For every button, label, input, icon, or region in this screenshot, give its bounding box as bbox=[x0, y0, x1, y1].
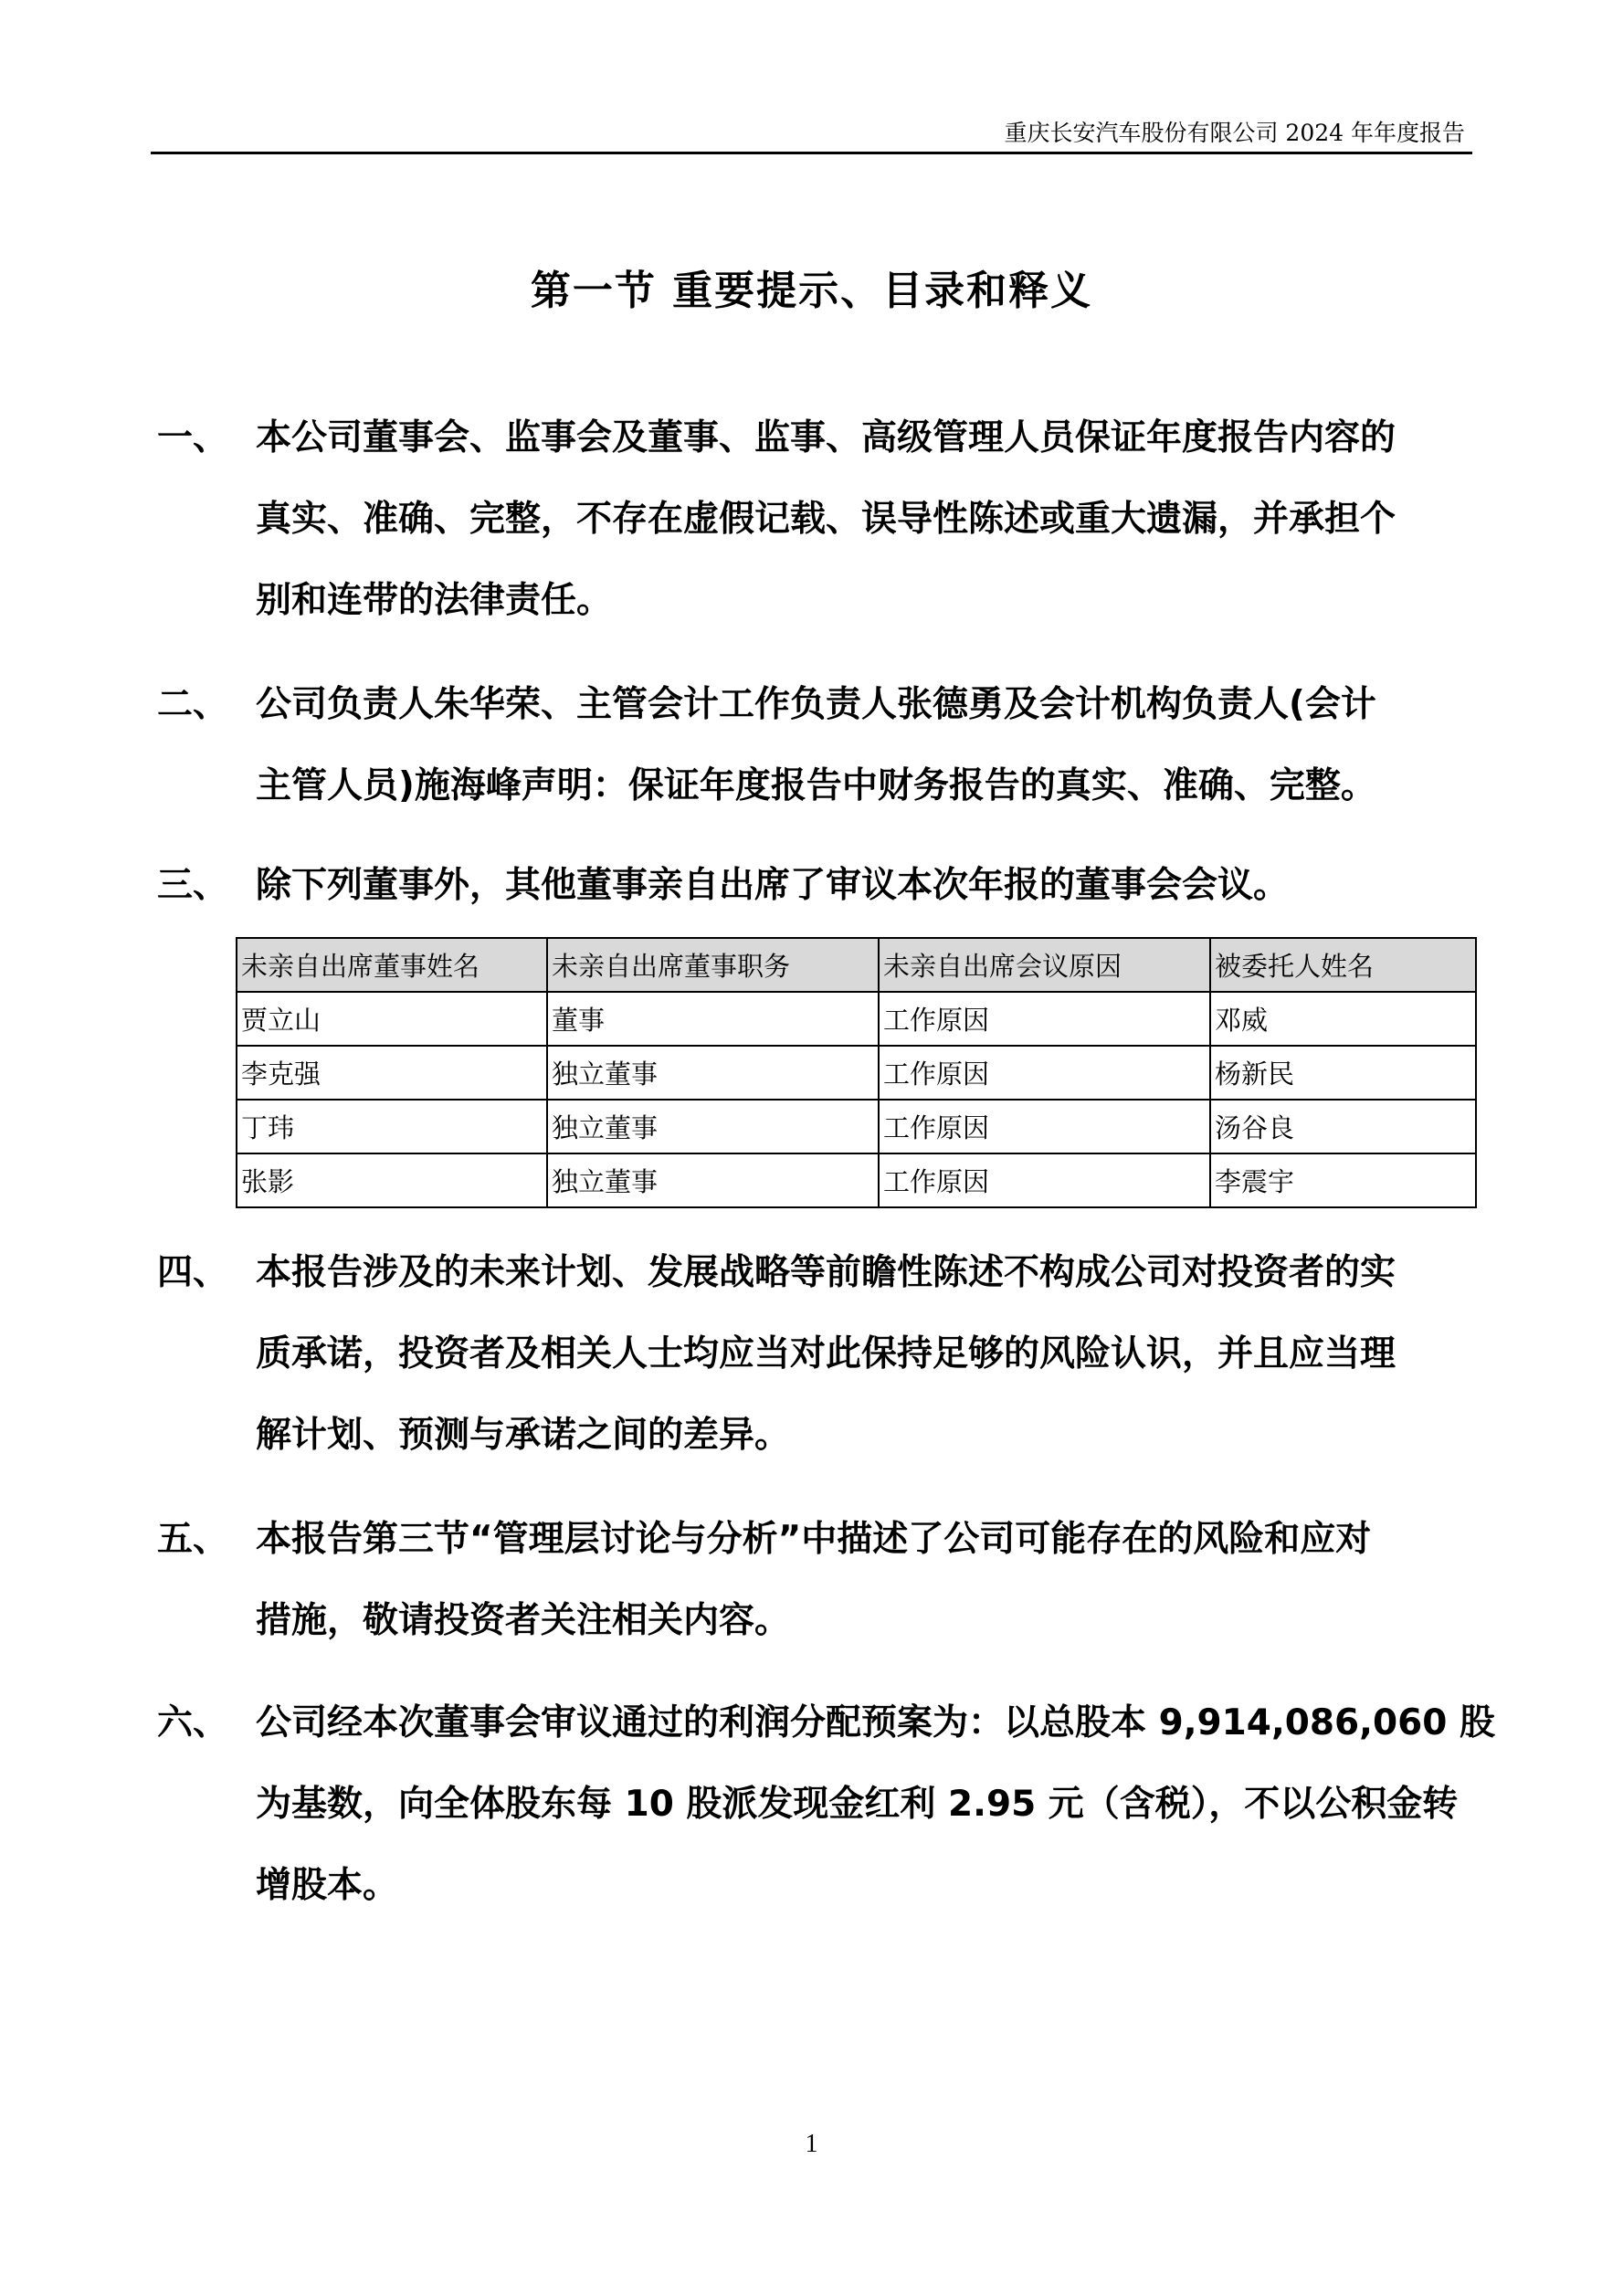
absence-reason: 工作原因 bbox=[879, 1153, 1210, 1207]
item-line: 主管人员)施海峰声明：保证年度报告中财务报告的真实、准确、完整。 bbox=[256, 757, 1376, 808]
table-row: 张影 独立董事 工作原因 李震宇 bbox=[237, 1153, 1476, 1207]
absent-directors-table-wrapper: 未亲自出席董事姓名 未亲自出席董事职务 未亲自出席会议原因 被委托人姓名 贾立山… bbox=[236, 937, 1475, 1208]
item-line: 质承诺，投资者及相关人士均应当对此保持足够的风险认识，并且应当理 bbox=[256, 1325, 1396, 1376]
table-row: 丁玮 独立董事 工作原因 汤谷良 bbox=[237, 1100, 1476, 1153]
director-name: 贾立山 bbox=[237, 992, 547, 1046]
absence-reason: 工作原因 bbox=[879, 992, 1210, 1046]
item-number: 三、 bbox=[157, 857, 228, 908]
table-row: 贾立山 董事 工作原因 邓威 bbox=[237, 992, 1476, 1046]
page-number: 1 bbox=[0, 2130, 1623, 2159]
item-line: 本公司董事会、监事会及董事、监事、高级管理人员保证年度报告内容的 bbox=[256, 409, 1396, 460]
director-position: 独立董事 bbox=[547, 1046, 879, 1100]
item-line: 公司负责人朱华荣、主管会计工作负责人张德勇及会计机构负责人(会计 bbox=[256, 676, 1376, 727]
item-number: 二、 bbox=[157, 676, 228, 727]
column-header: 未亲自出席董事职务 bbox=[547, 938, 879, 992]
proxy-name: 杨新民 bbox=[1210, 1046, 1476, 1100]
column-header: 未亲自出席会议原因 bbox=[879, 938, 1210, 992]
absence-reason: 工作原因 bbox=[879, 1100, 1210, 1153]
proxy-name: 邓威 bbox=[1210, 992, 1476, 1046]
director-name: 张影 bbox=[237, 1153, 547, 1207]
item-line: 别和连带的法律责任。 bbox=[256, 572, 612, 623]
absent-directors-table: 未亲自出席董事姓名 未亲自出席董事职务 未亲自出席会议原因 被委托人姓名 贾立山… bbox=[236, 937, 1477, 1208]
director-name: 丁玮 bbox=[237, 1100, 547, 1153]
item-line: 除下列董事外，其他董事亲自出席了审议本次年报的董事会会议。 bbox=[256, 857, 1289, 908]
proxy-name: 李震宇 bbox=[1210, 1153, 1476, 1207]
item-line: 公司经本次董事会审议通过的利润分配预案为：以总股本 9,914,086,060 … bbox=[256, 1694, 1495, 1745]
table-header-row: 未亲自出席董事姓名 未亲自出席董事职务 未亲自出席会议原因 被委托人姓名 bbox=[237, 938, 1476, 992]
director-position: 董事 bbox=[547, 992, 879, 1046]
item-line: 增股本。 bbox=[256, 1857, 398, 1908]
director-name: 李克强 bbox=[237, 1046, 547, 1100]
director-position: 独立董事 bbox=[547, 1153, 879, 1207]
item-line: 措施，敬请投资者关注相关内容。 bbox=[256, 1592, 790, 1643]
item-number: 一、 bbox=[157, 409, 228, 460]
director-position: 独立董事 bbox=[547, 1100, 879, 1153]
item-line: 为基数，向全体股东每 10 股派发现金红利 2.95 元（含税），不以公积金转 bbox=[256, 1775, 1458, 1827]
column-header: 被委托人姓名 bbox=[1210, 938, 1476, 992]
item-line: 真实、准确、完整，不存在虚假记载、误导性陈述或重大遗漏，并承担个 bbox=[256, 490, 1396, 542]
item-line: 本报告涉及的未来计划、发展战略等前瞻性陈述不构成公司对投资者的实 bbox=[256, 1244, 1396, 1295]
item-number: 六、 bbox=[157, 1694, 228, 1745]
item-line: 本报告第三节“管理层讨论与分析”中描述了公司可能存在的风险和应对 bbox=[256, 1511, 1371, 1562]
section-title: 第一节 重要提示、目录和释义 bbox=[0, 258, 1623, 316]
item-line: 解计划、预测与承诺之间的差异。 bbox=[256, 1406, 790, 1458]
item-number: 四、 bbox=[157, 1244, 228, 1295]
item-number: 五、 bbox=[157, 1511, 228, 1562]
column-header: 未亲自出席董事姓名 bbox=[237, 938, 547, 992]
proxy-name: 汤谷良 bbox=[1210, 1100, 1476, 1153]
absence-reason: 工作原因 bbox=[879, 1046, 1210, 1100]
table-row: 李克强 独立董事 工作原因 杨新民 bbox=[237, 1046, 1476, 1100]
page-header: 重庆长安汽车股份有限公司 2024 年年度报告 bbox=[151, 111, 1472, 154]
running-title: 重庆长安汽车股份有限公司 2024 年年度报告 bbox=[1004, 115, 1465, 148]
